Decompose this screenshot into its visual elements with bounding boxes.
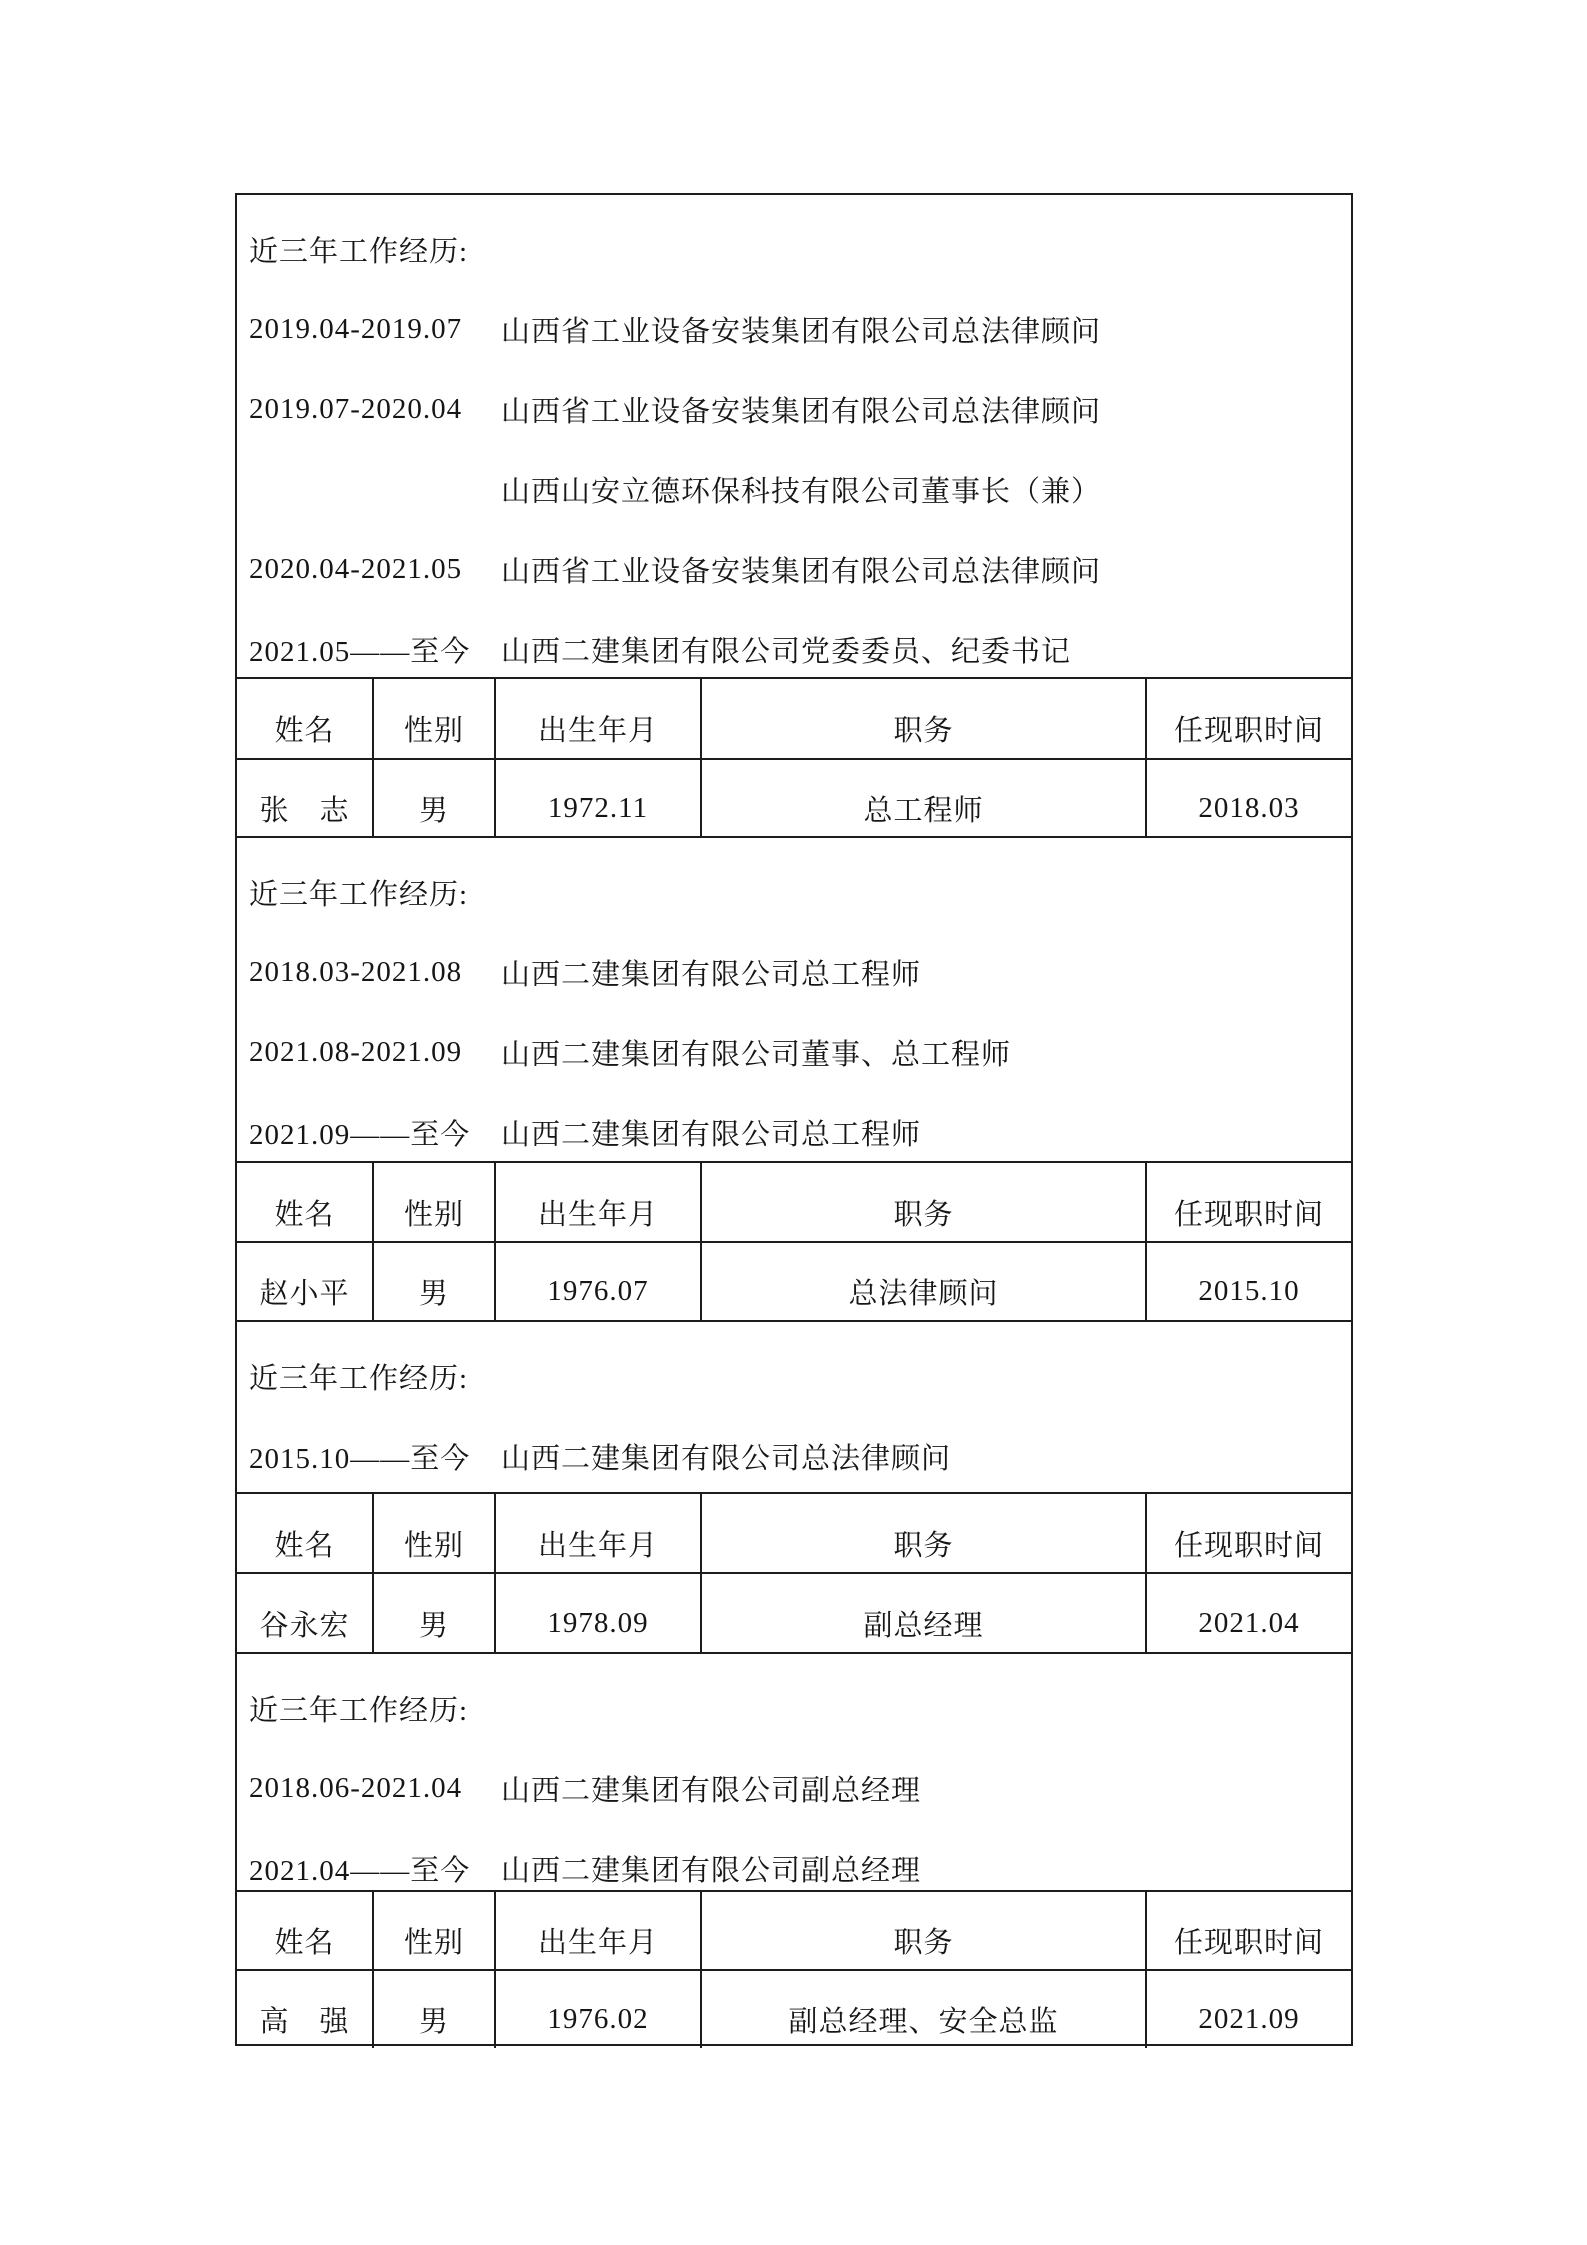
header-cell-since: 任现职时间	[1145, 1163, 1351, 1241]
header-cell-since: 任现职时间	[1145, 679, 1351, 758]
header-cell-gender: 性别	[372, 1494, 494, 1572]
role-text: 山西二建集团有限公司党委委员、纪委书记	[501, 629, 1341, 670]
person-birth: 1976.02	[494, 1971, 700, 2048]
experience-line: 2020.04-2021.05山西省工业设备安装集团有限公司总法律顾问	[249, 529, 1341, 609]
experience-cell: 近三年工作经历: 2015.10——至今山西二建集团有限公司总法律顾问	[237, 1320, 1351, 1492]
header-cell-gender: 性别	[372, 679, 494, 758]
experience-heading: 近三年工作经历:	[249, 1336, 1341, 1416]
person-gender: 男	[372, 1574, 494, 1652]
role-text: 山西二建集团有限公司副总经理	[501, 1848, 1341, 1889]
table-header-row: 姓名 性别 出生年月 职务 任现职时间	[237, 1890, 1351, 1969]
period-text: 2019.07-2020.04	[249, 393, 501, 426]
header-cell-position: 职务	[700, 679, 1145, 758]
experience-heading-text: 近三年工作经历:	[249, 1688, 468, 1729]
period-text: 2019.04-2019.07	[249, 313, 501, 346]
person-position: 总法律顾问	[700, 1243, 1145, 1320]
header-cell-birth: 出生年月	[494, 1494, 700, 1572]
experience-line: 2021.09——至今山西二建集团有限公司总工程师	[249, 1092, 1341, 1161]
experience-line: 2018.06-2021.04山西二建集团有限公司副总经理	[249, 1748, 1341, 1828]
header-cell-position: 职务	[700, 1163, 1145, 1241]
period-text: 2021.09——至今	[249, 1112, 501, 1153]
header-cell-gender: 性别	[372, 1892, 494, 1969]
header-cell-since: 任现职时间	[1145, 1892, 1351, 1969]
experience-line: 山西山安立德环保科技有限公司董事长（兼）	[249, 449, 1341, 529]
table-header-row: 姓名 性别 出生年月 职务 任现职时间	[237, 1161, 1351, 1241]
person-position: 副总经理、安全总监	[700, 1971, 1145, 2048]
experience-heading-text: 近三年工作经历:	[249, 229, 468, 270]
personnel-table: 近三年工作经历: 2019.04-2019.07山西省工业设备安装集团有限公司总…	[235, 193, 1353, 2046]
experience-cell: 近三年工作经历: 2018.06-2021.04山西二建集团有限公司副总经理 2…	[237, 1652, 1351, 1890]
person-gender: 男	[372, 1971, 494, 2048]
table-row: 谷永宏 男 1978.09 副总经理 2021.04	[237, 1572, 1351, 1652]
header-cell-position: 职务	[700, 1892, 1145, 1969]
person-birth: 1972.11	[494, 760, 700, 836]
experience-line: 2021.04——至今山西二建集团有限公司副总经理	[249, 1828, 1341, 1890]
period-text: 2015.10——至今	[249, 1436, 501, 1477]
header-cell-birth: 出生年月	[494, 1163, 700, 1241]
experience-cell: 近三年工作经历: 2018.03-2021.08山西二建集团有限公司总工程师 2…	[237, 836, 1351, 1161]
person-name: 谷永宏	[237, 1574, 372, 1652]
experience-line: 2015.10——至今山西二建集团有限公司总法律顾问	[249, 1416, 1341, 1492]
experience-heading-text: 近三年工作经历:	[249, 1356, 468, 1397]
person-since: 2021.09	[1145, 1971, 1351, 2048]
person-since: 2015.10	[1145, 1243, 1351, 1320]
header-cell-name: 姓名	[237, 1892, 372, 1969]
experience-line: 2018.03-2021.08山西二建集团有限公司总工程师	[249, 932, 1341, 1012]
period-text: 2018.06-2021.04	[249, 1772, 501, 1805]
period-text: 2021.04——至今	[249, 1848, 501, 1889]
role-text: 山西二建集团有限公司总法律顾问	[501, 1436, 1341, 1477]
person-position: 总工程师	[700, 760, 1145, 836]
experience-heading: 近三年工作经历:	[249, 209, 1341, 289]
header-cell-name: 姓名	[237, 679, 372, 758]
person-since: 2018.03	[1145, 760, 1351, 836]
experience-heading-text: 近三年工作经历:	[249, 872, 468, 913]
person-gender: 男	[372, 760, 494, 836]
person-gender: 男	[372, 1243, 494, 1320]
table-header-row: 姓名 性别 出生年月 职务 任现职时间	[237, 1492, 1351, 1572]
role-text: 山西二建集团有限公司总工程师	[501, 952, 1341, 993]
experience-line: 2019.07-2020.04山西省工业设备安装集团有限公司总法律顾问	[249, 369, 1341, 449]
header-cell-birth: 出生年月	[494, 679, 700, 758]
person-birth: 1976.07	[494, 1243, 700, 1320]
table-row: 高 强 男 1976.02 副总经理、安全总监 2021.09	[237, 1969, 1351, 2048]
person-name: 张 志	[237, 760, 372, 836]
role-text: 山西省工业设备安装集团有限公司总法律顾问	[501, 389, 1341, 430]
person-name: 赵小平	[237, 1243, 372, 1320]
experience-line: 2019.04-2019.07山西省工业设备安装集团有限公司总法律顾问	[249, 289, 1341, 369]
role-text: 山西二建集团有限公司董事、总工程师	[501, 1032, 1341, 1073]
role-text: 山西省工业设备安装集团有限公司总法律顾问	[501, 549, 1341, 590]
role-text: 山西省工业设备安装集团有限公司总法律顾问	[501, 309, 1341, 350]
document-page: 近三年工作经历: 2019.04-2019.07山西省工业设备安装集团有限公司总…	[0, 0, 1587, 2245]
header-cell-name: 姓名	[237, 1163, 372, 1241]
person-position: 副总经理	[700, 1574, 1145, 1652]
header-cell-birth: 出生年月	[494, 1892, 700, 1969]
experience-line: 2021.05——至今山西二建集团有限公司党委委员、纪委书记	[249, 609, 1341, 677]
experience-line: 2021.08-2021.09山西二建集团有限公司董事、总工程师	[249, 1012, 1341, 1092]
period-text: 2021.08-2021.09	[249, 1036, 501, 1069]
role-text: 山西二建集团有限公司总工程师	[501, 1112, 1341, 1153]
experience-heading: 近三年工作经历:	[249, 1668, 1341, 1748]
person-since: 2021.04	[1145, 1574, 1351, 1652]
header-cell-name: 姓名	[237, 1494, 372, 1572]
period-text: 2021.05——至今	[249, 629, 501, 670]
table-row: 赵小平 男 1976.07 总法律顾问 2015.10	[237, 1241, 1351, 1320]
experience-cell-top: 近三年工作经历: 2019.04-2019.07山西省工业设备安装集团有限公司总…	[237, 195, 1351, 677]
experience-heading: 近三年工作经历:	[249, 852, 1341, 932]
person-birth: 1978.09	[494, 1574, 700, 1652]
period-text: 2018.03-2021.08	[249, 956, 501, 989]
table-row: 张 志 男 1972.11 总工程师 2018.03	[237, 758, 1351, 836]
table-header-row: 姓名 性别 出生年月 职务 任现职时间	[237, 677, 1351, 758]
header-cell-since: 任现职时间	[1145, 1494, 1351, 1572]
header-cell-position: 职务	[700, 1494, 1145, 1572]
period-text: 2020.04-2021.05	[249, 553, 501, 586]
header-cell-gender: 性别	[372, 1163, 494, 1241]
role-text: 山西山安立德环保科技有限公司董事长（兼）	[501, 469, 1341, 510]
role-text: 山西二建集团有限公司副总经理	[501, 1768, 1341, 1809]
person-name: 高 强	[237, 1971, 372, 2048]
